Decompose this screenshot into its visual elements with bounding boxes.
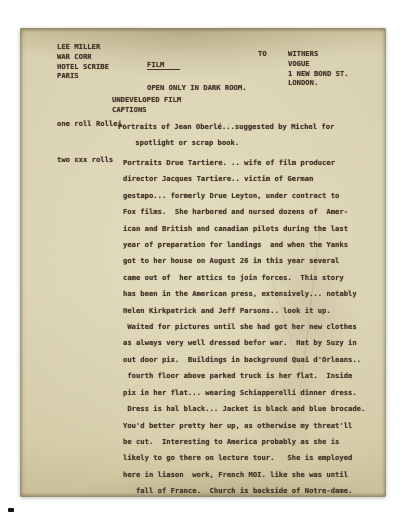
subject-title: FILM [147,60,180,69]
darkroom-warning: OPEN ONLY IN DARK ROOM. [147,83,247,92]
sender-address: LEE MILLER WAR CORR HOTEL SCRIBE PARIS [57,42,109,81]
recipient-address: WITHERS VOGUE 1 NEW BOND ST. LONDON. [288,49,349,88]
document-page: LEE MILLER WAR CORR HOTEL SCRIBE PARIS F… [20,28,386,497]
caption-2-label: two xxx rolls [57,155,113,164]
caption-1-label: one roll Rollei. [57,119,126,128]
scanner-artifact-mark [8,508,14,512]
document-heading: UNDEVELOPED FILM CAPTIONS [112,95,181,115]
scan-background: LEE MILLER WAR CORR HOTEL SCRIBE PARIS F… [0,0,400,526]
caption-2-text: Portraits Drue Tartiere. .. wife of film… [123,155,365,500]
subject-title-text: FILM [147,60,180,70]
to-label: TO [258,49,267,58]
caption-1-text: Portraits of Jean Oberlé...suggested by … [118,119,334,152]
